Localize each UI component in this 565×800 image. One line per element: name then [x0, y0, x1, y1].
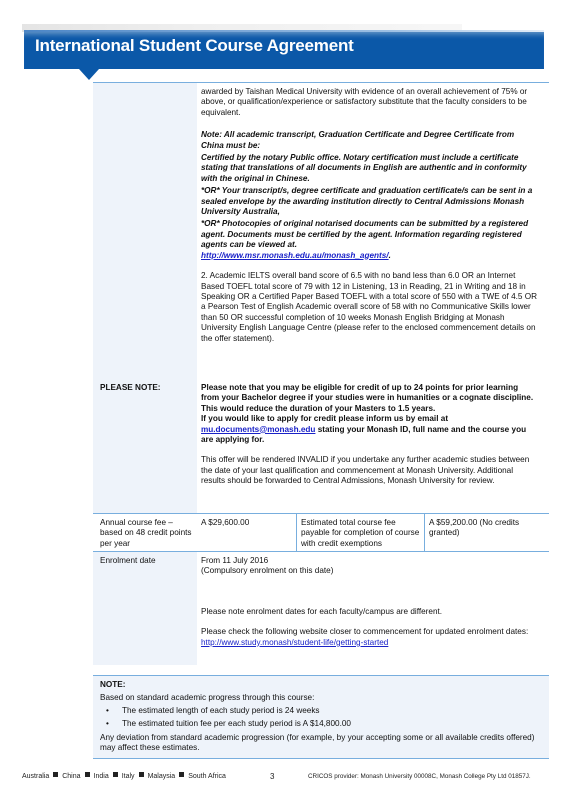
enrolment-date: From 11 July 2016 — [201, 556, 537, 566]
monash-agents-link[interactable]: http://www.msr.monash.edu.au/monash_agen… — [201, 251, 389, 260]
total-fee-label: Estimated total course fee payable for c… — [301, 518, 421, 549]
enrolment-dates-differ: Please note enrolment dates for each fac… — [201, 607, 537, 617]
column-divider — [424, 513, 425, 551]
page-number: 3 — [270, 772, 274, 782]
please-note-content: Please note that you may be eligible for… — [201, 383, 537, 487]
credit-eligibility: Please note that you may be eligible for… — [201, 383, 537, 445]
documents-email-link[interactable]: mu.documents@monash.edu — [201, 425, 315, 434]
square-bullet-icon — [179, 772, 184, 777]
check-website-text: Please check the following website close… — [201, 627, 528, 636]
invalid-offer-notice: This offer will be rendered INVALID if y… — [201, 455, 537, 486]
divider — [93, 551, 549, 552]
link-suffix: . — [389, 251, 391, 260]
banner-pointer — [79, 69, 99, 80]
note-heading: NOTE: — [100, 680, 542, 690]
credit-text: Please note that you may be eligible for… — [201, 383, 533, 413]
photocopies-text: *OR* Photocopies of original notarised d… — [201, 219, 528, 249]
country: South Africa — [188, 773, 226, 780]
divider — [93, 513, 549, 514]
english-requirement: 2. Academic IELTS overall band score of … — [201, 271, 537, 344]
enrolment-compulsory: (Compulsory enrolment on this date) — [201, 566, 537, 576]
square-bullet-icon — [53, 772, 58, 777]
annual-fee-value: A $29,600.00 — [201, 518, 293, 528]
enrolment-date-label: Enrolment date — [100, 556, 192, 566]
enrolment-website-note: Please check the following website close… — [201, 627, 537, 648]
documents-note-heading: Note: All academic transcript, Graduatio… — [201, 130, 537, 151]
label-column-requirements — [93, 82, 197, 513]
country: Malaysia — [148, 773, 176, 780]
column-divider — [296, 513, 297, 551]
note-bullet: The estimated tuition fee per each study… — [100, 719, 542, 729]
divider — [93, 82, 549, 83]
sealed-envelope-option: *OR* Your transcript/s, degree certifica… — [201, 186, 537, 217]
please-note-label: PLEASE NOTE: — [100, 383, 161, 393]
page-title: International Student Course Agreement — [35, 41, 354, 51]
photocopies-option: *OR* Photocopies of original notarised d… — [201, 219, 537, 261]
entry-continued: awarded by Taishan Medical University wi… — [201, 87, 537, 118]
divider — [93, 758, 549, 759]
enrolment-details: From 11 July 2016 (Compulsory enrolment … — [201, 556, 537, 648]
credit-apply-text: If you would like to apply for credit pl… — [201, 414, 448, 423]
getting-started-link[interactable]: http://www.study.monash/student-life/get… — [201, 638, 388, 647]
note-intro: Based on standard academic progress thro… — [100, 693, 542, 703]
country: China — [62, 773, 80, 780]
total-fee-value: A $59,200.00 (No credits granted) — [429, 518, 547, 539]
certified-requirement: Certified by the notary Public office. N… — [201, 153, 537, 184]
study-estimates-note: NOTE: Based on standard academic progres… — [93, 676, 549, 758]
country: Australia — [22, 773, 49, 780]
note-outro: Any deviation from standard academic pro… — [100, 733, 542, 754]
note-bullets: The estimated length of each study perio… — [100, 706, 542, 730]
cricos-provider: CRICOS provider: Monash University 00008… — [308, 772, 531, 782]
square-bullet-icon — [85, 772, 90, 777]
annual-fee-label: Annual course fee – based on 48 credit p… — [100, 518, 192, 549]
square-bullet-icon — [113, 772, 118, 777]
square-bullet-icon — [139, 772, 144, 777]
country: India — [94, 773, 109, 780]
footer-countries: AustraliaChinaIndiaItalyMalaysiaSouth Af… — [22, 772, 226, 782]
country: Italy — [122, 773, 135, 780]
entry-requirements: awarded by Taishan Medical University wi… — [201, 87, 537, 344]
label-column-enrolment — [93, 551, 197, 665]
note-bullet: The estimated length of each study perio… — [100, 706, 542, 716]
